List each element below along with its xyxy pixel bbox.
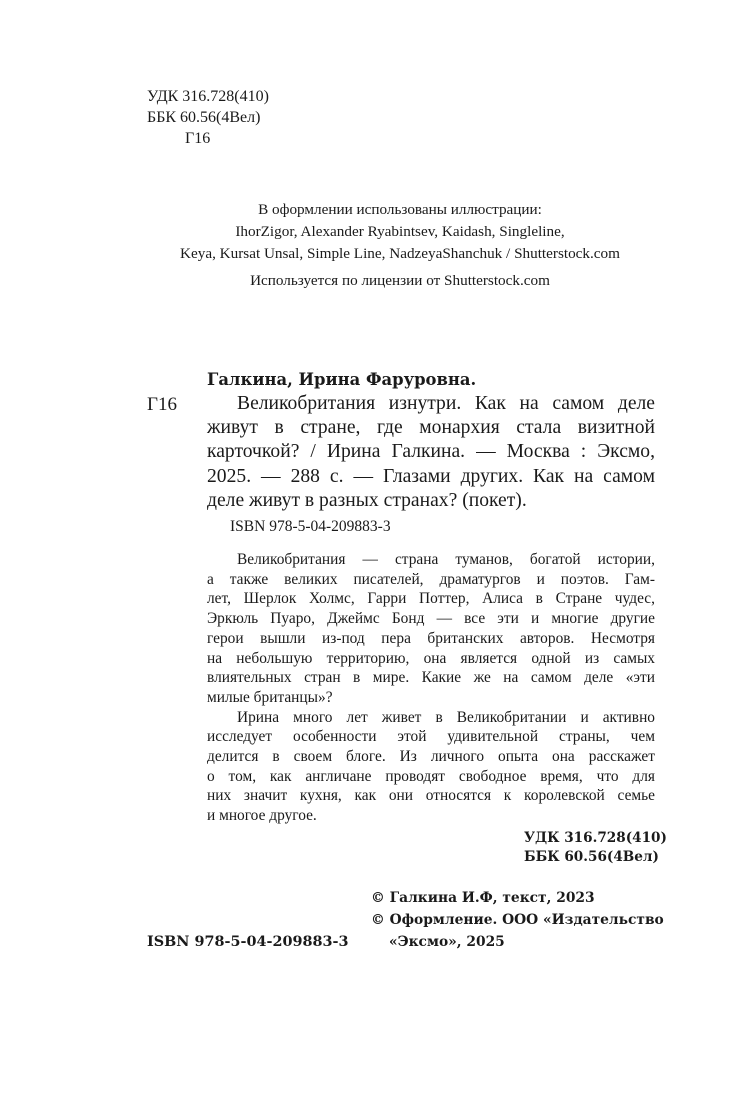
annotation-line: Ирина много лет живет в Великобритании и… — [207, 708, 655, 728]
copyright-design: © Оформление. ООО «Издательство — [371, 909, 664, 931]
record-line: живут в стране, где монархия стала визит… — [207, 416, 655, 440]
annotation-line: влиятельных стран в мире. Какие же на са… — [207, 668, 655, 688]
annotation-line: на небольшую территорию, она является од… — [207, 649, 655, 669]
illustrations-credit: В оформлении использованы иллюстрации: I… — [140, 199, 660, 265]
annotation-line: о том, как англичане проводят свободное … — [207, 767, 655, 787]
copyright-design-cont: «Эксмо», 2025 — [371, 931, 664, 953]
license-notice: Используется по лицензии от Shutterstock… — [140, 270, 660, 292]
bbk-code: ББК 60.56(4Вел) — [524, 848, 667, 867]
copyright-block: © Галкина И.Ф, текст, 2023 © Оформление.… — [371, 887, 664, 953]
annotation-line: и многое другое. — [207, 806, 655, 826]
annotation-line: лет, Шерлок Холмс, Гарри Поттер, Алиса в… — [207, 589, 655, 609]
udk-code: УДК 316.728(410) — [524, 829, 667, 848]
record-author: Галкина, Ирина Фаруровна. — [207, 368, 476, 392]
classification-top: УДК 316.728(410) ББК 60.56(4Вел) Г16 — [147, 86, 269, 149]
classification-bottom: УДК 316.728(410) ББК 60.56(4Вел) — [524, 829, 667, 867]
credit-line: В оформлении использованы иллюстрации: — [140, 199, 660, 221]
credit-line: IhorZigor, Alexander Ryabintsev, Kaidash… — [140, 221, 660, 243]
udk-code: УДК 316.728(410) — [147, 86, 269, 107]
annotation-line: делится в своем блоге. Из личного опыта … — [207, 747, 655, 767]
annotation-line: Эркюль Пуаро, Джеймс Бонд — все эти и мн… — [207, 609, 655, 629]
record-author-mark: Г16 — [147, 393, 177, 417]
bbk-code: ББК 60.56(4Вел) — [147, 107, 269, 128]
isbn-bottom: ISBN 978-5-04-209883-3 — [147, 931, 349, 953]
record-line: деле живут в разных странах? (покет). — [207, 489, 655, 513]
copyright-text: © Галкина И.Ф, текст, 2023 — [371, 887, 664, 909]
record-line: 2025. — 288 с. — Глазами других. Как на … — [207, 465, 655, 489]
annotation-line: милые британцы»? — [207, 688, 655, 708]
annotation-line: исследует особенности этой удивительной … — [207, 727, 655, 747]
author-mark: Г16 — [147, 128, 269, 149]
annotation-line: них значит кухня, как они относятся к ко… — [207, 786, 655, 806]
record-line: Великобритания изнутри. Как на самом дел… — [207, 392, 655, 416]
credit-line: Keya, Kursat Unsal, Simple Line, Nadzeya… — [140, 243, 660, 265]
bibliographic-record: Великобритания изнутри. Как на самом дел… — [207, 392, 655, 513]
annotation: Великобритания — страна туманов, богатой… — [207, 550, 655, 826]
record-isbn: ISBN 978-5-04-209883-3 — [230, 517, 391, 537]
record-line: карточкой? / Ирина Галкина. — Москва : Э… — [207, 440, 655, 464]
annotation-line: Великобритания — страна туманов, богатой… — [207, 550, 655, 570]
annotation-line: а также великих писателей, драматургов и… — [207, 570, 655, 590]
annotation-line: герои вышли из-под пера британских автор… — [207, 629, 655, 649]
